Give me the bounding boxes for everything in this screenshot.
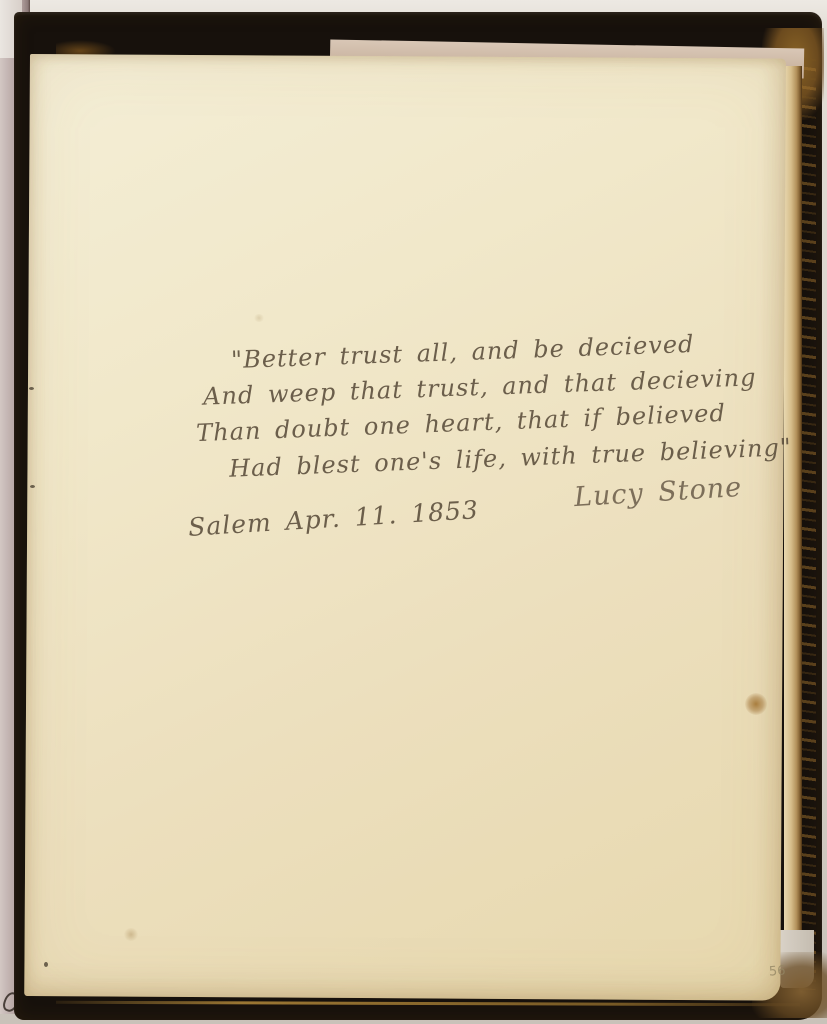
page-number: 56	[768, 963, 786, 979]
stain-spot	[254, 314, 264, 322]
stain-spot	[124, 928, 138, 941]
edge-mark	[29, 387, 34, 390]
edge-mark	[30, 485, 35, 488]
page-edge-stack	[784, 66, 802, 978]
edge-mark	[44, 962, 48, 967]
album-photograph: "Better trust all, and be decieved And w…	[0, 0, 827, 1024]
stain-spot	[745, 693, 767, 715]
